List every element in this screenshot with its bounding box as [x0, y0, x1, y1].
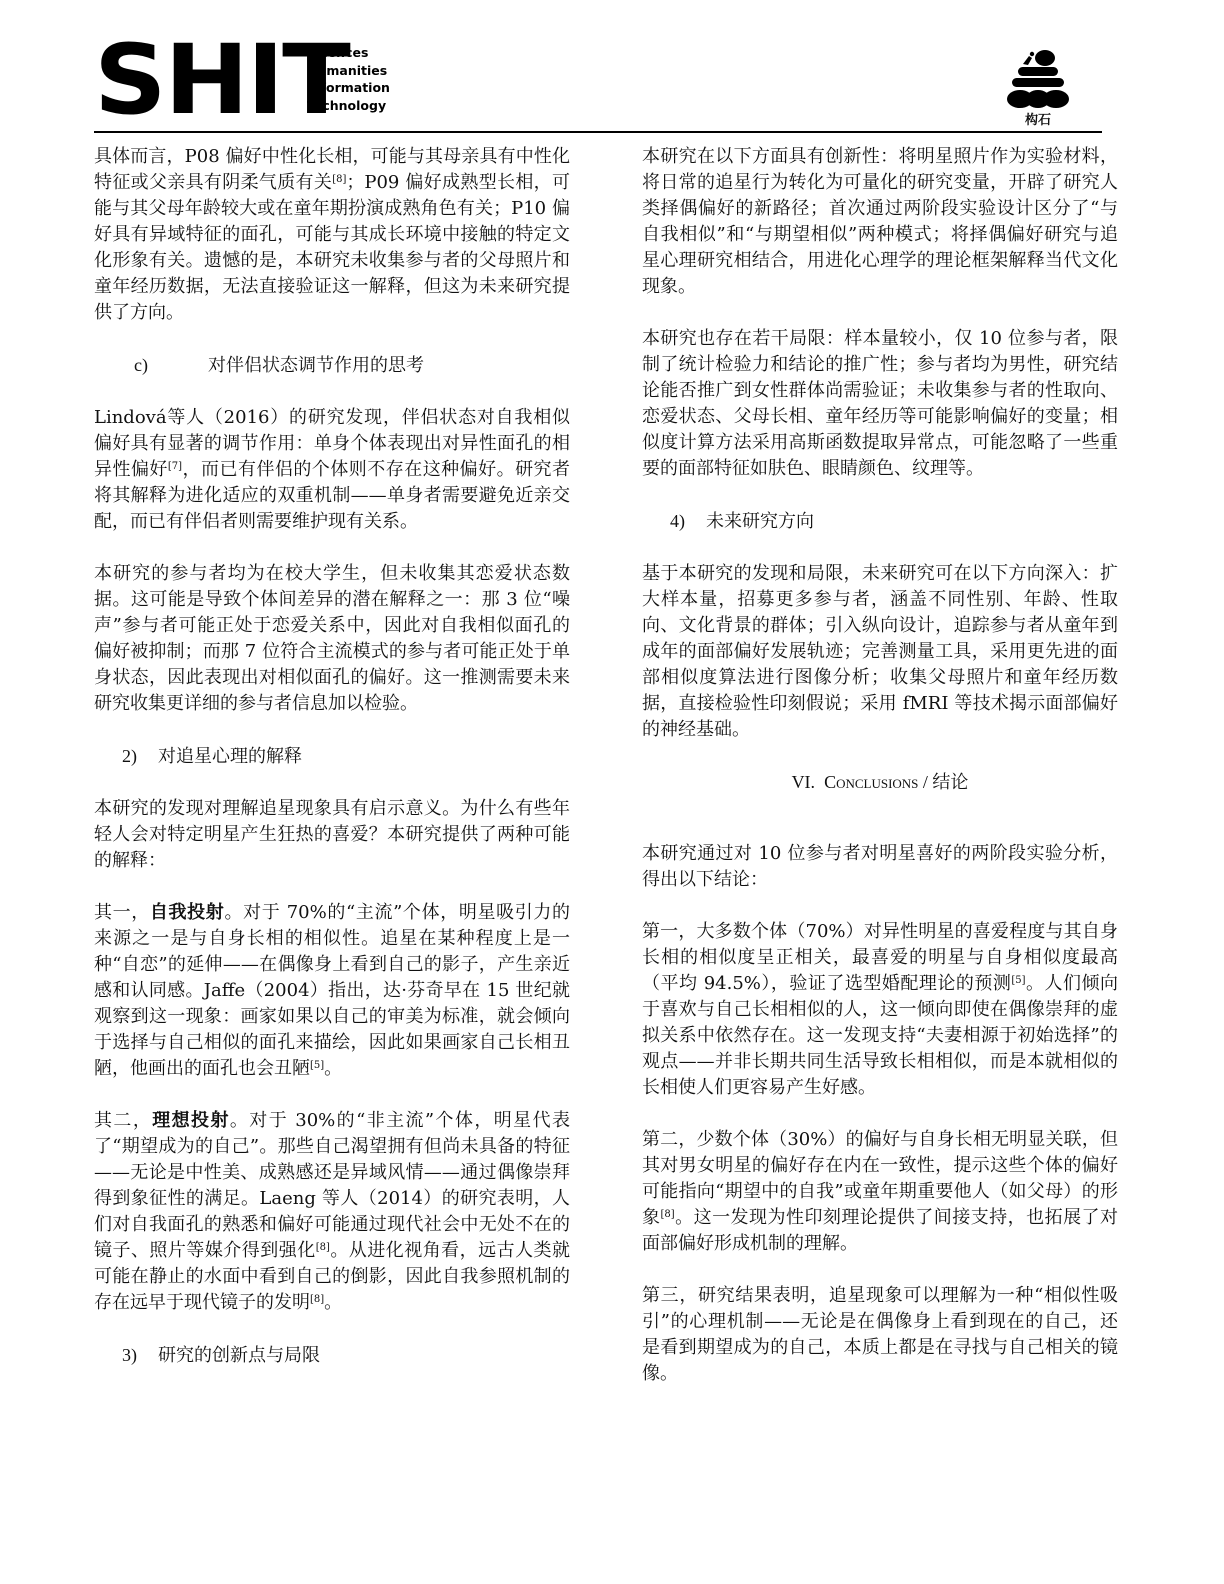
- citation: [8]: [660, 1209, 674, 1220]
- citation: [7]: [168, 461, 182, 472]
- right-column: 本研究在以下方面具有创新性：将明星照片作为实验材料，将日常的追星行为转化为可量化…: [642, 144, 1118, 1387]
- logo-label: 构石: [1004, 109, 1072, 128]
- paragraph: 本研究的参与者均为在校大学生，但未收集其恋爱状态数据。这可能是导致个体间差异的潜…: [94, 561, 570, 717]
- paragraph: 第二，少数个体（30%）的偏好与自身长相无明显关联，但其对男女明星的偏好存在内在…: [642, 1127, 1118, 1257]
- header-divider: [94, 131, 1102, 133]
- stone-pile-logo: 构石: [1004, 48, 1072, 128]
- left-column: 具体而言，P08 偏好中性化长相，可能与其母亲具有中性化特征或父亲具有阴柔气质有…: [94, 144, 570, 1369]
- paragraph: 第三，研究结果表明，追星现象可以理解为一种“相似性吸引”的心理机制——无论是在偶…: [642, 1283, 1118, 1387]
- logo-word-technology: Technology: [307, 97, 390, 115]
- logo-word-humanities: Humanities: [307, 62, 390, 80]
- bold-term: 自我投射: [150, 902, 225, 923]
- page-header: SHIT Sciences Humanities Information Tec…: [94, 40, 1102, 132]
- citation: [5]: [1011, 975, 1025, 986]
- logo-word-sciences: Sciences: [307, 44, 390, 62]
- logo-wordlist: Sciences Humanities Information Technolo…: [307, 44, 390, 114]
- paragraph: 本研究也存在若干局限：样本量较小，仅 10 位参与者，限制了统计检验力和结论的推…: [642, 326, 1118, 482]
- bold-term: 理想投射: [152, 1110, 230, 1131]
- subsection-heading-2: 2)对追星心理的解释: [94, 743, 570, 770]
- subsection-heading-c: c)对伴侣状态调节作用的思考: [94, 352, 570, 379]
- paragraph: 本研究在以下方面具有创新性：将明星照片作为实验材料，将日常的追星行为转化为可量化…: [642, 144, 1118, 300]
- subsection-heading-3: 3)研究的创新点与局限: [94, 1342, 570, 1369]
- stone-pile-icon: [1005, 48, 1071, 108]
- citation: [8]: [332, 174, 346, 185]
- paragraph: 具体而言，P08 偏好中性化长相，可能与其母亲具有中性化特征或父亲具有阴柔气质有…: [94, 144, 570, 326]
- paragraph: 基于本研究的发现和局限，未来研究可在以下方向深入：扩大样本量，招募更多参与者，涵…: [642, 561, 1118, 743]
- paragraph: 本研究通过对 10 位参与者对明星喜好的两阶段实验分析，得出以下结论：: [642, 841, 1118, 893]
- paragraph: 其二，理想投射。对于 30%的“非主流”个体，明星代表了“期望成为的自己”。那些…: [94, 1108, 570, 1316]
- logo-word-information: Information: [307, 79, 390, 97]
- paragraph: 本研究的发现对理解追星现象具有启示意义。为什么有些年轻人会对特定明星产生狂热的喜…: [94, 796, 570, 874]
- subsection-heading-4: 4)未来研究方向: [642, 508, 1118, 535]
- section-heading-conclusions: VI. Conclusions / 结论: [642, 769, 1118, 795]
- paragraph: Lindová等人（2016）的研究发现，伴侣状态对自我相似偏好具有显著的调节作…: [94, 405, 570, 535]
- citation: [5]: [310, 1060, 324, 1071]
- citation: [8]: [310, 1294, 324, 1305]
- citation: [8]: [316, 1242, 330, 1253]
- paragraph: 其一，自我投射。对于 70%的“主流”个体，明星吸引力的来源之一是与自身长相的相…: [94, 900, 570, 1082]
- paragraph: 第一，大多数个体（70%）对异性明星的喜爱程度与其自身长相的相似度呈正相关，最喜…: [642, 919, 1118, 1101]
